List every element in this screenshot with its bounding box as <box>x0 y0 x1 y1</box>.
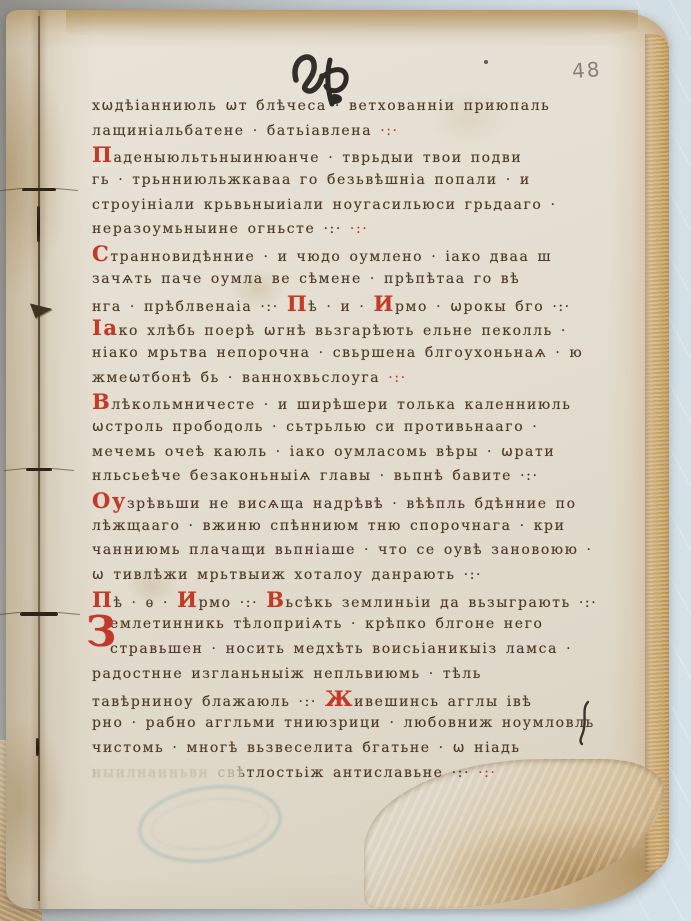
text-block: хѡдѣіанниюль ѡт блѣчеса · ветхованніи пр… <box>92 94 640 785</box>
text-line: Оузрѣвьши не висѧща надрѣвѣ · вѣѣпль бдѣ… <box>92 489 640 514</box>
text-line: лащиніальбатене · батьіавлена ·:· <box>92 119 640 144</box>
text-line: чистомь · многѣ вьзвеселита бгатьне · ѡ … <box>92 736 640 761</box>
text-line: Іако хлѣбь поерѣ ѡгнѣ вьзгарѣють ельне п… <box>92 316 640 341</box>
text-line: ѡ тивлѣжи мрьтвыиж хоталоу данрають ·:· <box>92 563 640 588</box>
text-line: рно · рабно аггльми тниюзрици · любовниж… <box>92 711 640 736</box>
faded-text-smudge <box>92 766 242 786</box>
text-line: ніако мрьтва непорочна · свьршена блгоух… <box>92 341 640 366</box>
text-line: нльсьеѣче безаконьныіѧ главы · вьпнѣ бав… <box>92 464 640 489</box>
text-line: гь · трьнниюльжкаваа го безьвѣшніа попал… <box>92 168 640 193</box>
sewing-station <box>36 738 39 756</box>
text-line: жмеѡтбонѣ бь · ваннохвьслоуга ·:· <box>92 366 640 391</box>
sewing-station <box>22 188 56 191</box>
marginal-flourish-icon <box>574 698 596 752</box>
text-line: радостнне изгланьныіж непльвиюмь · тѣль <box>92 662 640 687</box>
text-line: ѡстроль прободоль · сьтрьлью си противьн… <box>92 415 640 440</box>
text-line: Землетинникь тѣлоприіѧть · крѣпко блгоне… <box>92 612 640 637</box>
sewing-station <box>37 206 40 242</box>
text-line: Паденыюльтьныинюанче · тврьдыи твои подв… <box>92 143 640 168</box>
text-line: зачѧть паче оумла ве сѣмене · прѣпѣтаа г… <box>92 267 640 292</box>
text-line: Влѣкольмничесте · и ширѣшери толька кале… <box>92 390 640 415</box>
text-line: неразоумьныине огньсте ·:· ·:· <box>92 217 640 242</box>
text-line: чанниюмь плачащи вьпніаше · что се оувѣ … <box>92 538 640 563</box>
ink-speck <box>484 60 488 64</box>
text-line: лѣжщааго · вжиню спѣнниюм тню спорочнага… <box>92 514 640 539</box>
text-line: хѡдѣіанниюль ѡт блѣчеса · ветхованніи пр… <box>92 94 640 119</box>
text-line: строуініали крьвьныиіали ноугасильюси гр… <box>92 193 640 218</box>
sewing-station <box>20 612 58 616</box>
manuscript-page: 48 хѡдѣіанниюль ѡт блѣчеса · ветхованніи… <box>6 10 668 909</box>
text-line: Пѣ · ѳ · Ирмо ·:· Вьсѣкь землиньіи да вь… <box>92 588 640 613</box>
top-edge-stain <box>66 10 638 40</box>
gutter-crease-line <box>38 16 40 901</box>
text-line: Странновидѣнние · и чюдо оумлено · іако … <box>92 242 640 267</box>
text-line: нга · прѣблвенаіа ·:· Пѣ · и · Ирмо · ѡр… <box>92 292 640 317</box>
text-line: тавѣрниноу блажаюль ·:· Живешинсь агглы … <box>92 687 640 712</box>
text-line: мечемь очеѣ каюль · іако оумласомь вѣры … <box>92 440 640 465</box>
text-line: стравьшен · носить медхѣть воисьіаникыіз… <box>92 637 640 662</box>
folio-number: 48 <box>571 57 602 83</box>
sewing-station <box>26 468 52 471</box>
fore-edge-page-stack <box>645 34 669 873</box>
library-stamp-icon <box>134 778 286 871</box>
